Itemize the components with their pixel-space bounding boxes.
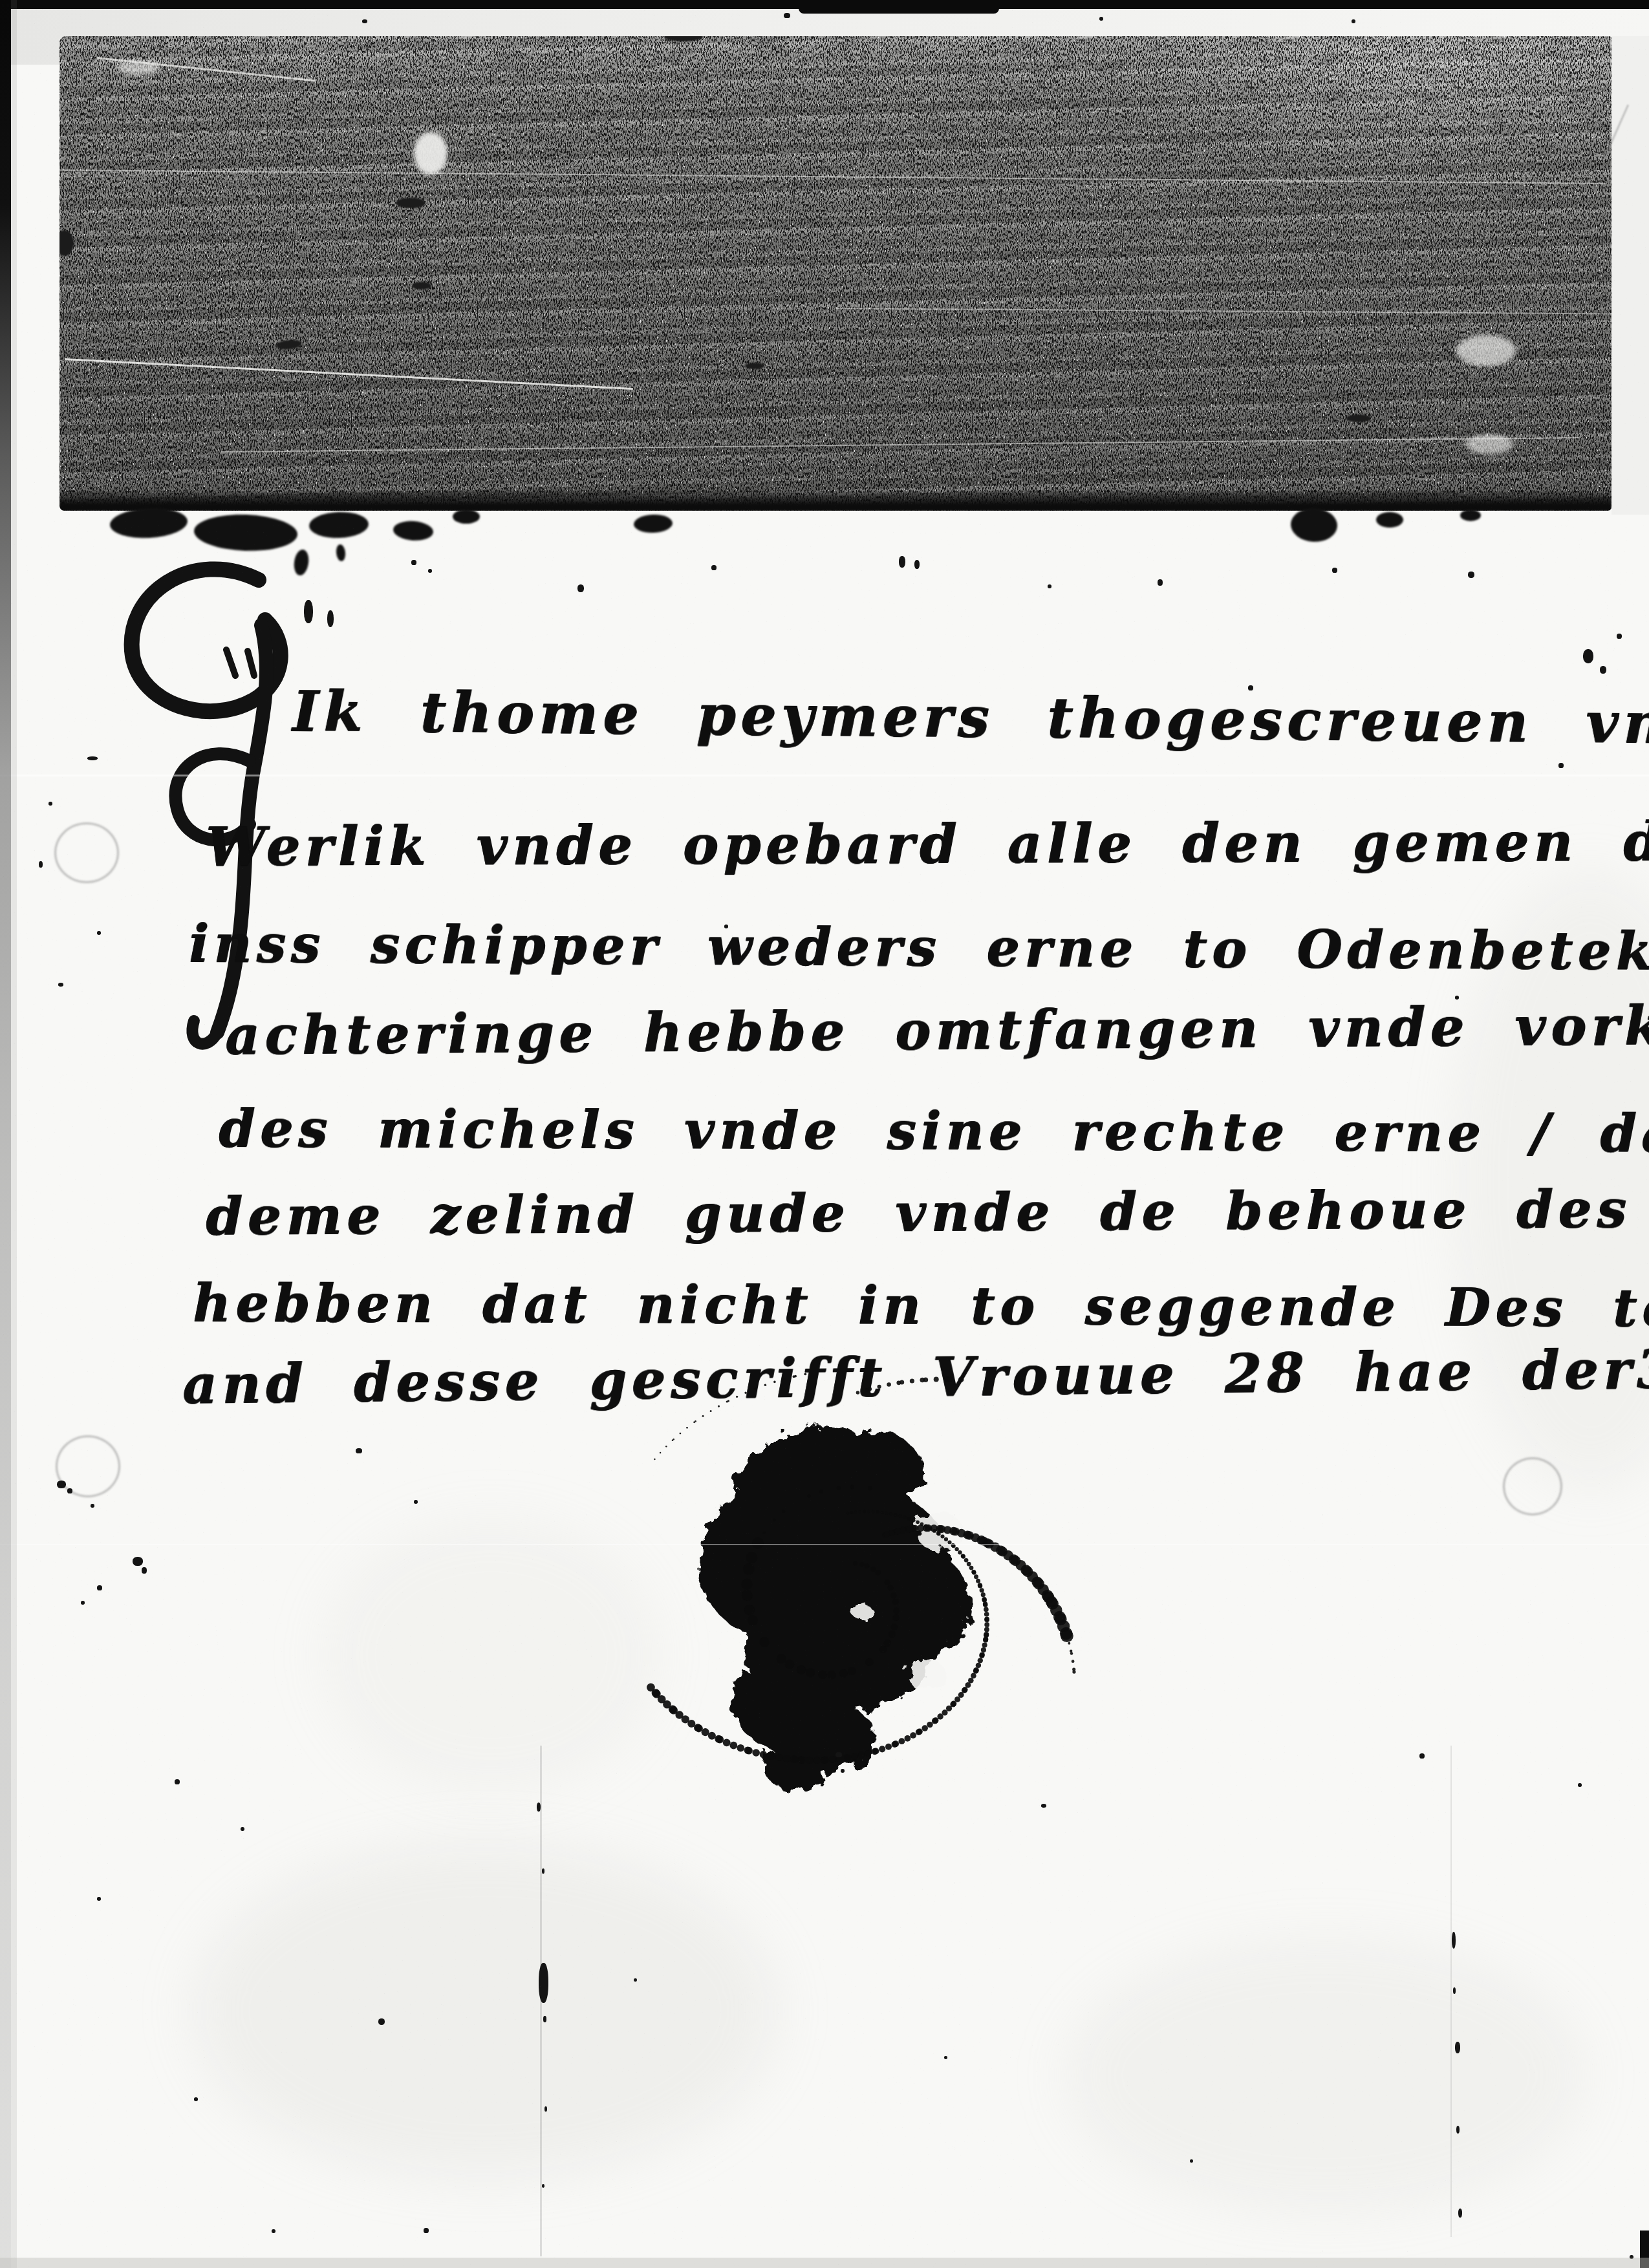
- blot-speckle: [921, 1725, 928, 1731]
- blot-speckle: [937, 1713, 943, 1719]
- blot-speckle: [932, 1717, 938, 1723]
- blot-speckle: [927, 1722, 932, 1728]
- blot-speckle: [652, 1690, 661, 1698]
- ink-speck: [1578, 1783, 1582, 1787]
- ink-speck: [537, 1803, 541, 1812]
- blot-speckle: [962, 1687, 968, 1693]
- blot-speckle: [760, 1637, 770, 1647]
- blot-speckle: [814, 1757, 821, 1764]
- blot-speckle: [837, 1486, 841, 1490]
- blot-speckle: [865, 1750, 871, 1757]
- ink-speck: [304, 600, 313, 623]
- ink-speck: [841, 1769, 845, 1773]
- ink-speck: [899, 556, 905, 568]
- blot-speckle: [973, 1667, 979, 1673]
- blot-speckle: [984, 1607, 989, 1612]
- punch-hole-left-upper: [54, 822, 119, 883]
- blot-speckle: [1068, 1642, 1070, 1645]
- blot-speckle: [742, 1590, 753, 1601]
- ink-speck: [543, 2016, 546, 2022]
- handwritten-line-1: Ik thome peymers thogescreuen vnde Do: [292, 679, 1649, 758]
- blot-speckle: [822, 1757, 829, 1764]
- blot-speckle: [702, 1415, 704, 1417]
- blot-speckle: [947, 1376, 953, 1382]
- blot-speckle: [907, 1526, 913, 1532]
- ink-speck: [67, 1488, 72, 1493]
- handwritten-line-4: achteringe hebbe omtfangen vnde vorko: [225, 994, 1649, 1067]
- blot-speckle: [982, 1597, 986, 1601]
- blot-speckle: [983, 1601, 987, 1606]
- ink-speck: [724, 925, 728, 928]
- blot-speckle: [850, 1485, 854, 1489]
- ink-speck: [835, 1752, 842, 1757]
- blot-speckle: [976, 1579, 980, 1583]
- blot-speckle: [856, 1391, 860, 1395]
- blot-speckle: [783, 1755, 790, 1762]
- blot-speckle: [736, 1396, 738, 1398]
- blot-speckle: [890, 1592, 896, 1598]
- ink-speck: [327, 610, 334, 627]
- scan-edge-bottom: [0, 2258, 1649, 2268]
- blot-speckle: [793, 1375, 795, 1378]
- blot-speckle: [889, 1512, 892, 1515]
- blot-speckle: [819, 1490, 823, 1493]
- blot-speckle: [980, 1653, 985, 1658]
- ink-speck: [87, 756, 98, 760]
- blot-speckle: [804, 1373, 806, 1375]
- scanned-manuscript-page: J Ik thome peymers thogescreuen vnde Do …: [0, 0, 1649, 2268]
- blot-speckle: [892, 1740, 899, 1747]
- blot-speckle: [868, 1387, 872, 1391]
- blot-speckle: [903, 1515, 906, 1519]
- ink-speck: [424, 2228, 429, 2233]
- blot-speckle: [752, 1537, 764, 1549]
- ink-speck: [97, 931, 101, 935]
- blot-speckle: [978, 1583, 982, 1587]
- blot-speckle: [893, 1607, 900, 1614]
- ink-speck: [1452, 1932, 1456, 1949]
- ink-speck: [81, 1601, 85, 1605]
- ink-speck: [1455, 2042, 1460, 2053]
- ink-speck: [1041, 1804, 1046, 1808]
- blot-speckle: [916, 1521, 920, 1524]
- blot-speckle: [980, 1588, 984, 1592]
- blot-speckle: [895, 1528, 901, 1535]
- blot-speckle: [976, 1663, 981, 1668]
- blot-speckle: [875, 1570, 880, 1575]
- ink-speck: [1352, 19, 1355, 23]
- ink-speck: [97, 1897, 101, 1901]
- blot-speckle: [863, 1510, 866, 1514]
- blot-speckle: [879, 1645, 887, 1653]
- blot-speckle: [865, 1563, 870, 1568]
- blot-speckle: [958, 1550, 962, 1554]
- ink-speck: [711, 565, 717, 570]
- ink-speck: [1456, 2126, 1460, 2134]
- ink-speck: [48, 802, 52, 806]
- blot-speckle: [898, 1514, 901, 1517]
- blot-speckle: [686, 1427, 688, 1429]
- blot-speckle: [708, 1732, 716, 1740]
- blot-speckle: [792, 1756, 799, 1763]
- blot-speckle: [900, 1380, 904, 1385]
- ink-speck: [1419, 1753, 1425, 1759]
- blot-speckle: [1061, 1629, 1073, 1642]
- horizontal-fold-line: [0, 1544, 1649, 1545]
- blot-speckle: [984, 1616, 989, 1621]
- blot-speckle: [768, 1753, 775, 1760]
- blot-speckle: [981, 1647, 986, 1653]
- blot-speckle: [1072, 1660, 1075, 1663]
- blot-speckle: [968, 1678, 974, 1684]
- blot-speckle: [763, 1532, 766, 1534]
- ink-speck: [542, 2184, 544, 2188]
- ink-speck: [1583, 649, 1593, 663]
- ink-speck: [362, 19, 367, 23]
- ink-speck: [544, 2106, 547, 2112]
- punch-hole-right: [1503, 1457, 1562, 1515]
- ink-speck: [784, 13, 790, 18]
- blot-speckle: [850, 1511, 852, 1514]
- blot-speckle: [971, 1673, 976, 1679]
- blot-speckle: [839, 1669, 848, 1678]
- blot-speckle: [912, 1519, 915, 1522]
- punch-hole-left-lower: [56, 1435, 120, 1497]
- scan-edge-top-notch: [799, 0, 999, 14]
- handwritten-text-block: J Ik thome peymers thogescreuen vnde Do …: [0, 0, 1649, 2268]
- blot-speckle: [981, 1592, 986, 1597]
- blot-speckle: [665, 1446, 667, 1448]
- ink-speck: [356, 1448, 362, 1453]
- blot-speckle: [984, 1627, 989, 1632]
- blot-speckle: [889, 1631, 896, 1638]
- ink-blot-seal: [647, 1371, 1164, 1849]
- ink-speck: [1332, 568, 1337, 573]
- blot-speckle: [726, 1400, 728, 1402]
- blot-speckle: [1070, 1650, 1072, 1653]
- blot-speckle: [829, 1756, 836, 1763]
- blot-speckle: [998, 1546, 1008, 1556]
- blot-speckle: [916, 1729, 923, 1735]
- blot-speckle: [753, 1388, 755, 1390]
- blot-speckle: [892, 1599, 899, 1605]
- blot-speckle: [868, 1486, 872, 1491]
- blot-speckle: [984, 1632, 989, 1637]
- blot-speckle: [746, 1552, 758, 1563]
- blot-speckle: [881, 1511, 884, 1514]
- blot-speckle: [828, 1671, 836, 1679]
- blot-speckle: [745, 1747, 753, 1755]
- ink-speck: [91, 1504, 94, 1508]
- blot-speckle: [878, 1385, 881, 1389]
- scan-edge-left-streak: [11, 0, 17, 2268]
- blot-speckle: [782, 1510, 785, 1514]
- blot-speckle: [773, 1519, 776, 1522]
- blot-speckle: [818, 1670, 827, 1679]
- blot-speckle: [905, 1735, 911, 1742]
- blot-speckle: [958, 1377, 964, 1383]
- ink-speck: [634, 1978, 637, 1982]
- blot-speckle: [647, 1684, 655, 1692]
- blot-speckle: [884, 1640, 891, 1647]
- blot-speckle: [695, 1724, 703, 1732]
- blot-speckle: [870, 1567, 876, 1572]
- blot-speckle: [876, 1510, 879, 1514]
- blot-speckle: [944, 1537, 948, 1541]
- blot-speckle: [760, 1751, 767, 1758]
- blot-speckle: [872, 1510, 875, 1514]
- blot-speckle: [923, 1377, 929, 1382]
- blot-speckle: [744, 1392, 746, 1394]
- ink-speck: [577, 584, 584, 592]
- handwritten-line-6: deme zelind gude vnde de behoue des dat: [206, 1177, 1649, 1247]
- ink-speck: [1558, 763, 1564, 768]
- ink-speck: [1190, 2159, 1193, 2163]
- blot-speckle: [716, 1736, 724, 1744]
- blot-speckle: [885, 1744, 892, 1750]
- blot-speckle: [1022, 1567, 1033, 1578]
- blot-speckle: [885, 1512, 889, 1515]
- ink-speck: [39, 861, 43, 868]
- ink-speck: [1453, 1987, 1456, 1994]
- ink-speck: [539, 1963, 548, 2003]
- ink-speck: [194, 2097, 198, 2101]
- blot-speckle: [654, 1459, 655, 1460]
- blot-speckle: [910, 1378, 914, 1383]
- blot-speckle: [971, 1570, 976, 1574]
- blot-speckle: [741, 1579, 752, 1590]
- vertical-crease-line: [1450, 1746, 1452, 2237]
- ink-speck: [1468, 572, 1474, 578]
- blot-speckle: [744, 1605, 755, 1615]
- ink-speck: [57, 1481, 66, 1488]
- blot-speckle: [748, 1615, 758, 1625]
- blot-speckle: [1043, 1592, 1055, 1603]
- blot-speckle: [859, 1510, 861, 1513]
- blot-speckle: [867, 1510, 870, 1514]
- ink-speck: [542, 1868, 544, 1874]
- blot-speckle: [806, 1668, 815, 1677]
- blot-speckle: [845, 1754, 852, 1761]
- handwritten-line-3: inss schipper weders erne to Odenbetek a…: [189, 913, 1649, 982]
- ink-speck: [1099, 17, 1103, 21]
- scan-edge-left: [0, 0, 11, 2268]
- blot-speckle: [846, 1512, 849, 1514]
- blot-speckle: [879, 1746, 885, 1752]
- ink-speck: [411, 560, 416, 565]
- blot-speckle: [737, 1744, 745, 1752]
- handwritten-line-2: Werlik vnde opebard alle den gemen de de: [206, 810, 1649, 878]
- blot-speckle: [806, 1757, 814, 1764]
- blot-speckle: [978, 1658, 983, 1663]
- blot-speckle: [859, 1562, 864, 1567]
- blot-speckle: [797, 1665, 806, 1674]
- blot-speckle: [967, 1562, 971, 1567]
- blot-speckle: [887, 1585, 893, 1590]
- blot-speckle: [660, 1452, 661, 1453]
- blot-speckle: [965, 1531, 974, 1540]
- blot-speckle: [984, 1622, 989, 1627]
- blot-speckle: [893, 1614, 900, 1621]
- blot-speckle: [693, 1421, 695, 1423]
- blot-speckle: [884, 1532, 890, 1537]
- ink-speck: [142, 1567, 147, 1574]
- blot-speckle: [925, 1524, 932, 1532]
- handwritten-line-7: hebben dat nicht in to seggende Des to t…: [193, 1272, 1649, 1339]
- blot-speckle: [764, 1384, 767, 1386]
- ink-speck: [241, 1827, 244, 1831]
- blot-speckle: [894, 1513, 897, 1516]
- blot-speckle: [934, 1376, 939, 1382]
- ink-speck: [914, 560, 920, 569]
- ink-speck: [1600, 666, 1606, 674]
- blot-speckle: [865, 1658, 873, 1666]
- blot-speckle: [851, 1753, 857, 1759]
- blot-speckle: [885, 1579, 890, 1585]
- ink-speck: [1248, 685, 1253, 690]
- blot-speckle: [941, 1535, 945, 1539]
- ink-speck: [428, 569, 432, 573]
- blot-speckle: [1070, 1652, 1073, 1654]
- blot-speckle: [669, 1706, 678, 1715]
- horizontal-fold-line: [0, 775, 1649, 776]
- ink-speck: [58, 983, 63, 987]
- blot-speckle: [783, 1378, 786, 1380]
- ink-speck: [1455, 996, 1459, 1000]
- blot-speckle: [848, 1667, 856, 1675]
- blot-speckle: [961, 1554, 965, 1558]
- blot-speckle: [777, 1654, 786, 1664]
- blot-speckle: [969, 1566, 974, 1570]
- blot-speckle: [853, 1561, 857, 1566]
- blot-speckle: [964, 1558, 969, 1563]
- ink-speck: [97, 1585, 102, 1590]
- blot-speckle: [872, 1748, 879, 1754]
- blot-speckle: [899, 1738, 905, 1744]
- blot-speckle: [974, 1574, 978, 1579]
- blot-speckle: [951, 1528, 960, 1536]
- blot-speckle: [984, 1612, 989, 1617]
- blot-speckle: [891, 1623, 898, 1631]
- ink-speck: [175, 1779, 180, 1784]
- ink-speck: [414, 1500, 418, 1504]
- blot-speckle: [910, 1732, 916, 1738]
- blot-speckle: [858, 1751, 865, 1758]
- blot-speckle: [807, 1494, 810, 1497]
- blot-speckle: [1072, 1671, 1075, 1674]
- initial-flourish: J: [97, 553, 330, 1076]
- blot-speckle: [773, 1381, 776, 1384]
- blot-speckle: [982, 1642, 987, 1647]
- blot-speckle: [951, 1701, 956, 1707]
- blot-speckle: [938, 1525, 945, 1533]
- handwritten-line-5: des michels vnde sine rechte erne / dat …: [219, 1098, 1649, 1164]
- blot-speckle: [723, 1738, 731, 1746]
- blot-speckle: [1055, 1613, 1067, 1625]
- blot-speckle: [785, 1660, 795, 1669]
- blot-speckle: [710, 1410, 712, 1412]
- blot-speckle: [799, 1757, 806, 1764]
- ink-speck: [272, 2229, 275, 2233]
- blot-speckle: [983, 1637, 988, 1642]
- blot-speckle: [775, 1754, 782, 1761]
- blot-speckle: [718, 1406, 720, 1407]
- blot-speckle: [907, 1517, 910, 1520]
- blot-speckle: [672, 1440, 674, 1442]
- ink-speck: [1458, 2209, 1462, 2218]
- blot-speckle: [1010, 1556, 1020, 1566]
- blot-speckle: [743, 1563, 754, 1574]
- blot-speckle: [887, 1382, 891, 1387]
- ink-speck: [1048, 584, 1051, 588]
- ink-speck: [944, 2056, 947, 2059]
- blot-speckle: [954, 1547, 958, 1551]
- blot-speckle: [730, 1742, 738, 1749]
- blot-speckle: [680, 1433, 682, 1435]
- blot-speckle: [752, 1749, 760, 1757]
- ink-speck: [1617, 634, 1622, 639]
- ink-speck: [378, 2018, 385, 2025]
- ink-speck: [133, 1557, 143, 1566]
- blot-speckle: [1033, 1578, 1044, 1589]
- ink-speck: [1158, 579, 1163, 586]
- blot-speckle: [854, 1511, 857, 1514]
